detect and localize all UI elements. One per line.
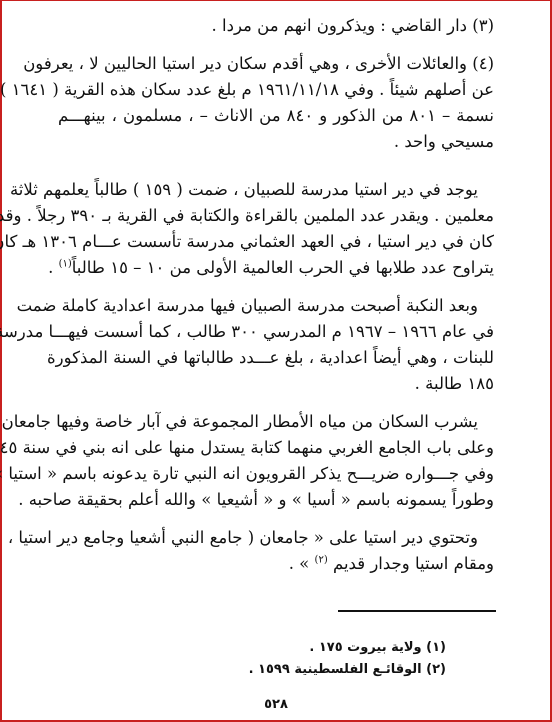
text-line: (٣) دار القاضي : ويذكرون انهم من مردا . xyxy=(58,13,494,39)
text-line: معلمين . ويقدر عدد الملمين بالقراءة والك… xyxy=(58,203,494,229)
text-line: يوجد في دير استيا مدرسة للصبيان ، ضمت ( … xyxy=(58,177,494,203)
document-page: (٣) دار القاضي : ويذكرون انهم من مردا . … xyxy=(0,0,552,722)
footnote-reference-1[interactable]: (١) xyxy=(59,259,72,270)
text-line: وتحتوي دير استيا على « جامعان ( جامع الن… xyxy=(58,525,494,551)
text-line: كان في دير استيا ، في العهد العثماني مدر… xyxy=(58,229,494,255)
text: » . xyxy=(289,554,315,573)
text-line: وفي جـــواره ضريـــح يذكر القرويون انه ا… xyxy=(58,461,494,487)
footnote-reference-2[interactable]: (٢) xyxy=(315,555,328,566)
footnote-divider xyxy=(338,610,496,612)
text-line: وعلى باب الجامع الغربي منهما كتابة يستدل… xyxy=(58,435,494,461)
text: يتراوح عدد طلابها في الحرب العالمية الأو… xyxy=(72,258,494,277)
text: . xyxy=(48,258,59,277)
text-line: مسيحي واحد . xyxy=(58,129,494,155)
text-line: للبنات ، وهي أيضاً اعدادية ، بلغ عـــدد … xyxy=(58,345,494,371)
text-line: وطوراً يسمونه باسم « أسيا » و « أشيعيا »… xyxy=(58,487,494,513)
text-line: عن أصلهم شيئاً . وفي ١٩٦١/١١/١٨ م بلغ عد… xyxy=(58,77,494,103)
footnote-1: (١) ولاية بيروت ١٧٥ . xyxy=(249,637,446,659)
paragraph-contains: وتحتوي دير استيا على « جامعان ( جامع الن… xyxy=(58,525,494,577)
paragraph-schools: يوجد في دير استيا مدرسة للصبيان ، ضمت ( … xyxy=(58,177,494,281)
text-line: يشرب السكان من مياه الأمطار المجموعة في … xyxy=(58,409,494,435)
footnotes: (١) ولاية بيروت ١٧٥ . (٢) الوقائـع الفلس… xyxy=(249,637,446,681)
footnote-2: (٢) الوقائـع الفلسطينية ١٥٩٩ . xyxy=(249,659,446,681)
text-line-with-footnote: ومقام استيا وجدار قديم (٢) » . xyxy=(58,551,494,577)
paragraph-3-dar-alqadi: (٣) دار القاضي : ويذكرون انهم من مردا . xyxy=(58,13,494,39)
text-line: ١٨٥ طالبة . xyxy=(58,371,494,397)
paragraph-water-mosques: يشرب السكان من مياه الأمطار المجموعة في … xyxy=(58,409,494,513)
text-line: في عام ١٩٦٦ – ١٩٦٧ م المدرسي ٣٠٠ طالب ، … xyxy=(58,319,494,345)
paragraph-after-nakba: وبعد النكبة أصبحت مدرسة الصبيان فيها مدر… xyxy=(58,293,494,397)
text-line: (٤) والعائلات الأخرى ، وهي أقدم سكان دير… xyxy=(58,51,494,77)
paragraph-4-other-families: (٤) والعائلات الأخرى ، وهي أقدم سكان دير… xyxy=(58,51,494,155)
text: ومقام استيا وجدار قديم xyxy=(333,554,494,573)
text-line: نسمة – ٨٠١ من الذكور و ٨٤٠ من الاناث – ،… xyxy=(58,103,494,129)
text-line: وبعد النكبة أصبحت مدرسة الصبيان فيها مدر… xyxy=(58,293,494,319)
page-number: ٥٢٨ xyxy=(2,697,550,712)
text-line-with-footnote: يتراوح عدد طلابها في الحرب العالمية الأو… xyxy=(58,255,494,281)
